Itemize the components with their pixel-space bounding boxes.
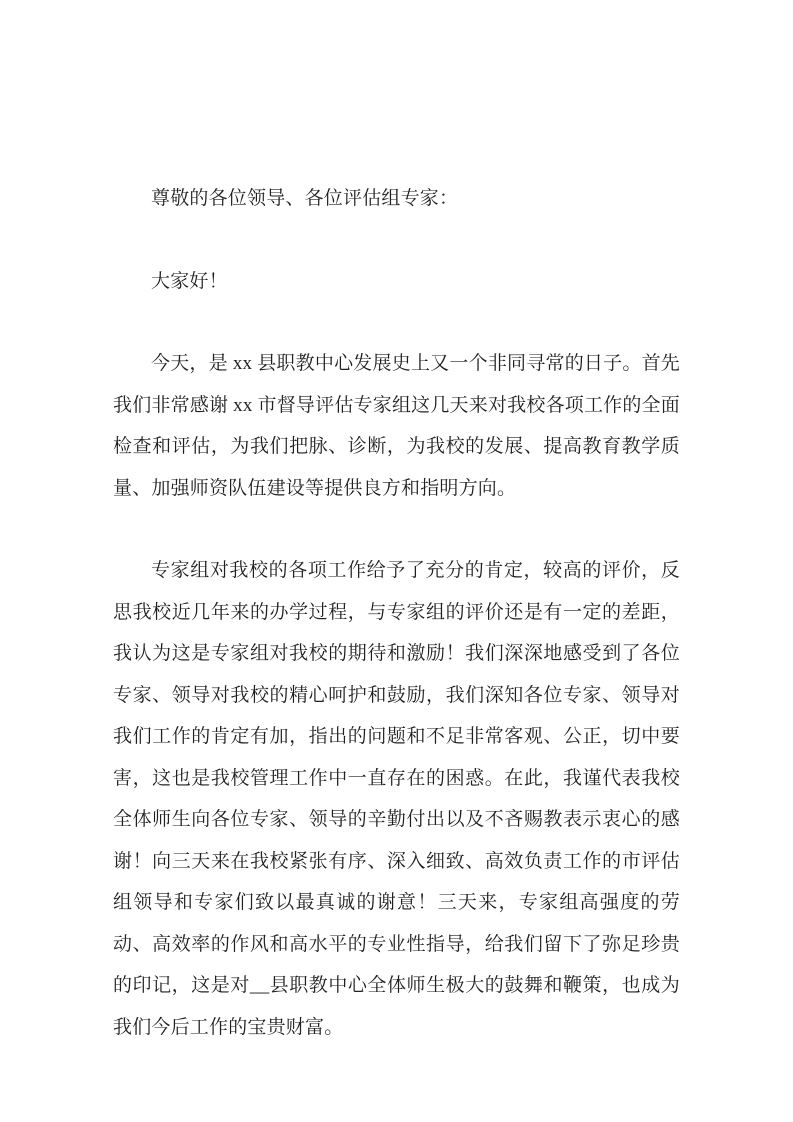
body-paragraph-2: 专家组对我校的各项工作给予了充分的肯定，较高的评价，反思我校近几年来的办学过程，… xyxy=(113,550,680,1048)
document-page: 尊敬的各位领导、各位评估组专家： 大家好！ 今天，是 xx 县职教中心发展史上又… xyxy=(0,0,793,1122)
document-body: 尊敬的各位领导、各位评估组专家： 大家好！ 今天，是 xx 县职教中心发展史上又… xyxy=(113,178,680,1048)
greeting-paragraph: 大家好！ xyxy=(113,261,680,303)
body-paragraph-1: 今天，是 xx 县职教中心发展史上又一个非同寻常的日子。首先我们非常感谢 xx … xyxy=(113,343,680,509)
salutation-paragraph: 尊敬的各位领导、各位评估组专家： xyxy=(113,178,680,220)
